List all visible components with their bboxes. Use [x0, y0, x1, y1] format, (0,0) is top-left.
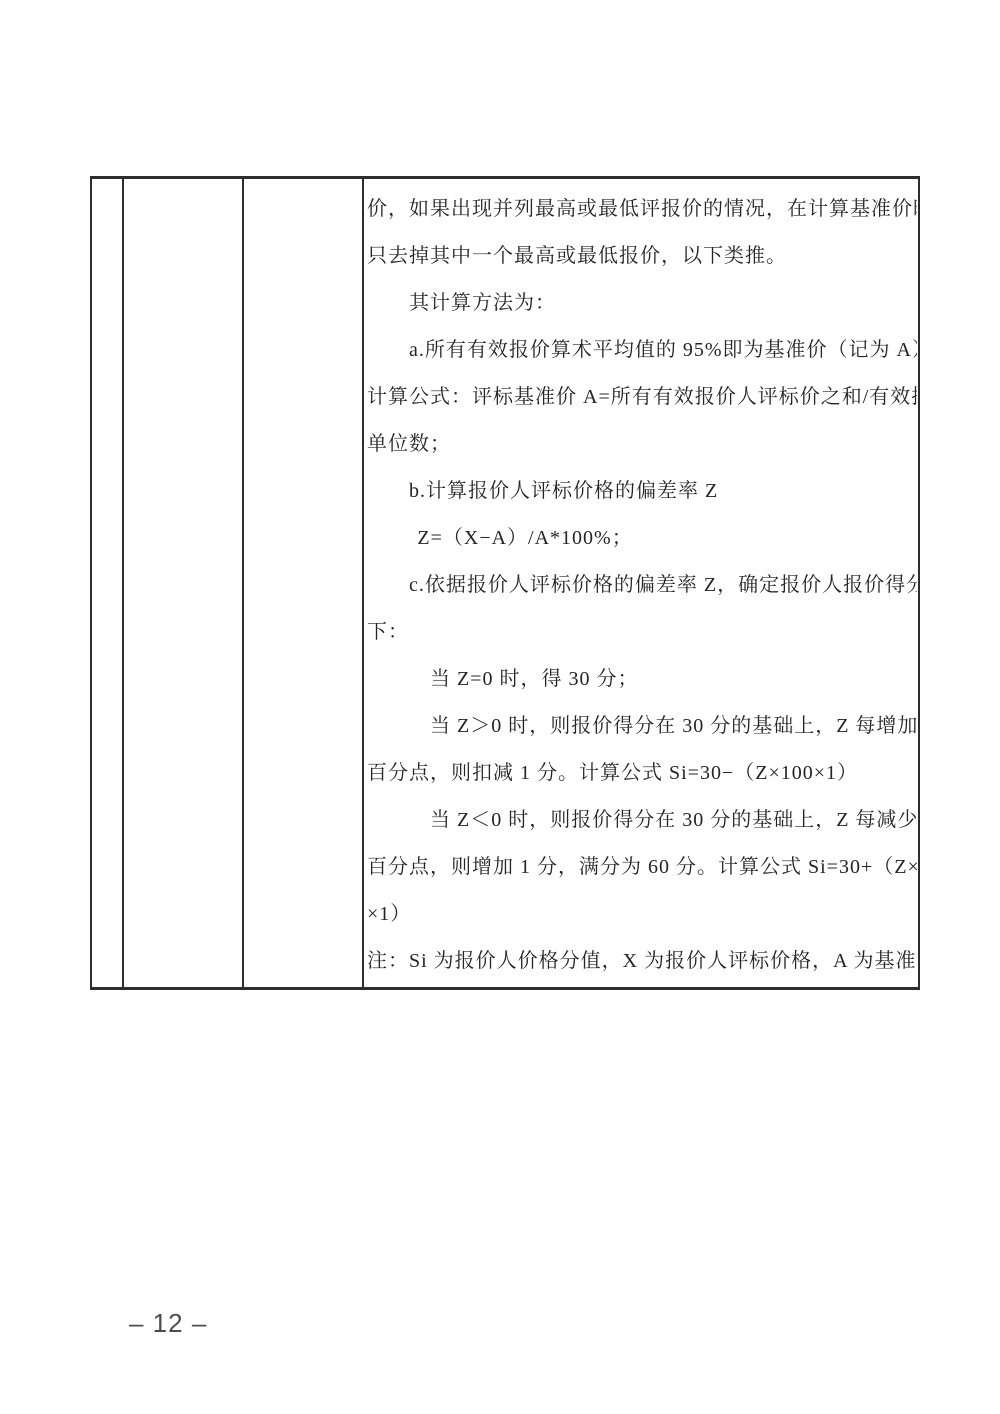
- text-line: 其计算方法为：: [367, 280, 917, 327]
- document-page: 价，如果出现并列最高或最低评报价的情况，在计算基准价时只去掉其中一个最高或最低报…: [0, 0, 1000, 1414]
- text-line: a.所有有效报价算术平均值的 95%即为基准价（记为 A），: [367, 327, 917, 374]
- price-scoring-table: 价，如果出现并列最高或最低评报价的情况，在计算基准价时只去掉其中一个最高或最低报…: [90, 176, 920, 990]
- page-number: – 12 –: [129, 1308, 207, 1339]
- text-line: 计算公式：评标基准价 A=所有有效报价人评标价之和/有效报价: [367, 374, 917, 421]
- text-line: 百分点，则增加 1 分，满分为 60 分。计算公式 Si=30+（Z×100: [367, 844, 917, 891]
- table-cell-scoring-method: 价，如果出现并列最高或最低评报价的情况，在计算基准价时只去掉其中一个最高或最低报…: [364, 179, 918, 987]
- text-line: 只去掉其中一个最高或最低报价，以下类推。: [367, 233, 917, 280]
- text-line: 下：: [367, 609, 917, 656]
- text-line: 单位数；: [367, 421, 917, 468]
- text-line: c.依据报价人评标价格的偏差率 Z，确定报价人报价得分如: [367, 562, 917, 609]
- text-line: 当 Z＜0 时，则报价得分在 30 分的基础上，Z 每减少 1 个: [367, 797, 917, 844]
- text-line: 百分点，则扣减 1 分。计算公式 Si=30−（Z×100×1）: [367, 750, 917, 797]
- text-line: ×1）: [367, 891, 917, 938]
- text-line: 注：Si 为报价人价格分值，X 为报价人评标价格，A 为基准价。: [367, 938, 917, 985]
- table-cell-empty-1: [92, 179, 124, 987]
- text-line: Z=（X−A）/A*100%；: [367, 515, 917, 562]
- text-line: 当 Z＞0 时，则报价得分在 30 分的基础上，Z 每增加 1 个: [367, 703, 917, 750]
- table-cell-empty-2: [124, 179, 244, 987]
- table-cell-empty-3: [244, 179, 364, 987]
- text-line: 价，如果出现并列最高或最低评报价的情况，在计算基准价时: [367, 186, 917, 233]
- text-line: b.计算报价人评标价格的偏差率 Z: [367, 468, 917, 515]
- text-line: 当 Z=0 时，得 30 分；: [367, 656, 917, 703]
